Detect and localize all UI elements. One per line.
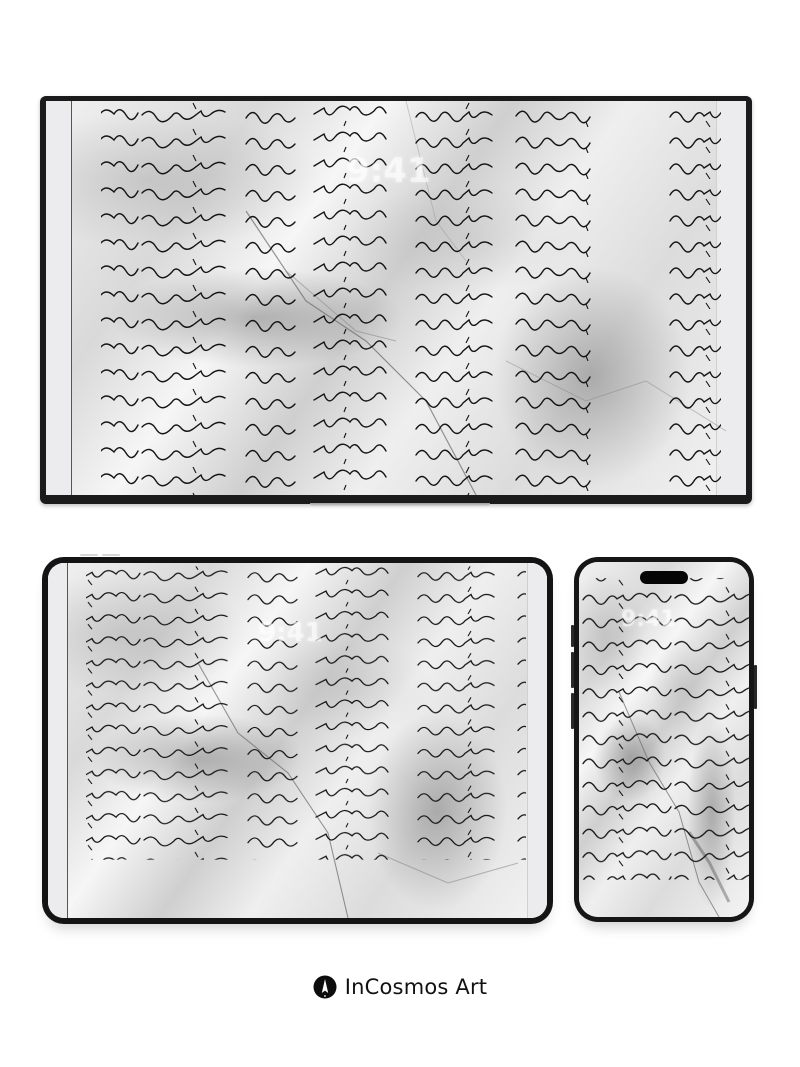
- handwritten-paper-wallpaper: 9:41: [46, 101, 746, 495]
- phone-power-button: [754, 665, 757, 709]
- tablet-top-button: [80, 554, 98, 556]
- brand-footer: InCosmos Art: [0, 970, 800, 1004]
- tablet-screen: 9:41: [48, 563, 547, 918]
- handwritten-paper-wallpaper: 9:41: [579, 562, 749, 917]
- brand-name: InCosmos Art: [345, 975, 488, 999]
- smartphone: 9:41: [574, 557, 754, 922]
- handwriting-text: [48, 563, 547, 918]
- monitor-screen: 9:41: [46, 101, 746, 495]
- tablet-top-button: [102, 554, 120, 556]
- desktop-monitor: 9:41: [40, 96, 752, 504]
- monitor-stand: [310, 503, 490, 506]
- handwritten-paper-wallpaper: 9:41: [48, 563, 547, 918]
- phone-screen: 9:41: [579, 562, 749, 917]
- handwriting-text: [579, 562, 749, 917]
- tablet: 9:41: [42, 557, 553, 924]
- dynamic-island: [640, 571, 688, 584]
- handwriting-text: [46, 101, 746, 495]
- rocket-in-circle-icon: [313, 975, 337, 999]
